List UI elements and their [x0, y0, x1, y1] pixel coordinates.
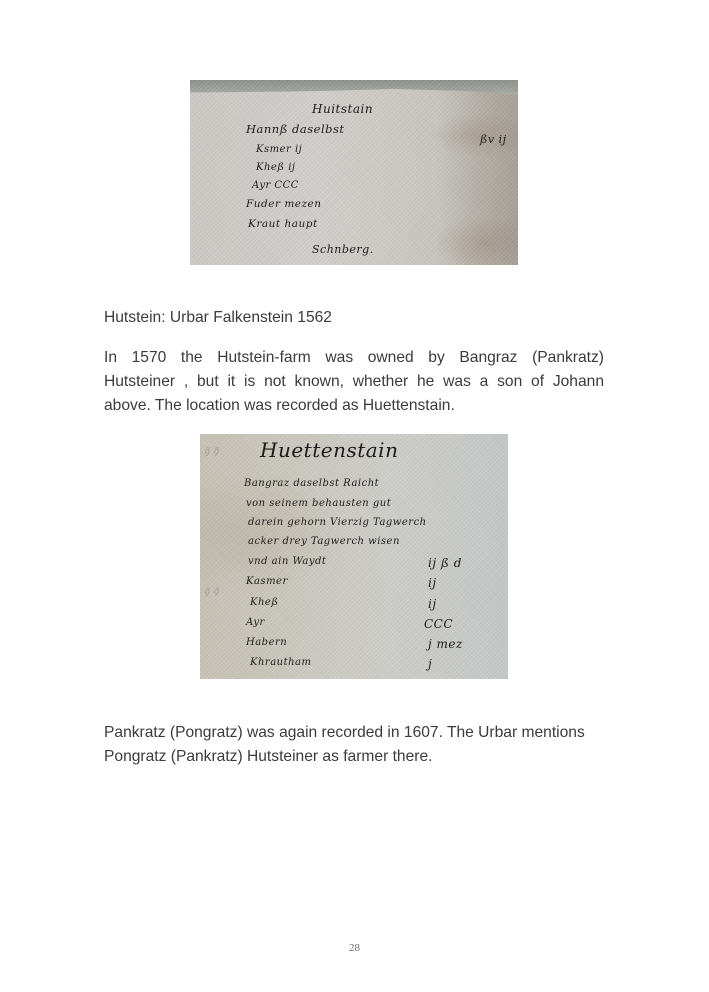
paragraph-line: Hutsteiner , but it is not known, whethe… [104, 370, 604, 394]
paragraph-1: In 1570 the Hutstein-farm was owned by B… [104, 346, 604, 418]
paragraph-line: Pankratz (Pongratz) was again recorded i… [104, 721, 609, 745]
paragraph-2: Pankratz (Pongratz) was again recorded i… [104, 721, 609, 769]
handwritten-line: Ayr CCC [252, 180, 299, 191]
handwritten-line: Kraut haupt [248, 218, 318, 230]
handwritten-line: darein gehorn Vierzig Tagwerch [248, 517, 427, 528]
paragraph-line: above. The location was recorded as Huet… [104, 394, 604, 418]
handwritten-value: j [428, 657, 432, 671]
handwritten-value: ij [428, 576, 437, 590]
handwritten-line: Kasmer [246, 576, 288, 587]
handwritten-value: j mez [428, 637, 463, 651]
handwritten-line: acker drey Tagwerch wisen [248, 536, 400, 547]
manuscript-scan-huettenstain: ꝯ̃ ꝯ̃ ꝯ̃ ꝯ̃ Huettenstain Bangraz daselbs… [200, 434, 508, 679]
handwritten-line: Ksmer ij [256, 144, 302, 155]
handwritten-line: Bangraz daselbst Raicht [244, 478, 379, 489]
paragraph-line: Pongratz (Pankratz) Hutsteiner as farmer… [104, 745, 609, 769]
handwritten-value: ij ß d [428, 556, 462, 570]
figure-caption: Hutstein: Urbar Falkenstein 1562 [104, 306, 604, 330]
handwritten-line: Habern [246, 637, 287, 648]
handwritten-line: Hannß daselbst [246, 122, 345, 136]
handwritten-line: Ayr [246, 617, 265, 628]
manuscript-scan-urbar-falkenstein-1562: Huitstain Hannß daselbst Ksmer ij Kheß i… [190, 80, 518, 265]
handwritten-footer: Schnberg. [312, 243, 374, 256]
handwritten-margin-note: ßv ij [480, 133, 507, 146]
handwritten-heading: Huitstain [312, 102, 373, 116]
paragraph-line: In 1570 the Hutstein-farm was owned by B… [104, 346, 604, 370]
handwritten-line: vnd ain Waydt [248, 556, 326, 567]
handwritten-value: ij [428, 597, 437, 611]
handwritten-line: von seinem behausten gut [246, 498, 391, 509]
handwritten-line: Kheß [250, 597, 279, 608]
handwritten-line: Fuder mezen [246, 198, 322, 210]
handwritten-value: CCC [424, 617, 453, 631]
handwritten-line: Kheß ij [256, 162, 296, 173]
handwritten-line: Khrautham [250, 657, 312, 668]
document-page: Huitstain Hannß daselbst Ksmer ij Kheß i… [0, 0, 709, 992]
handwritten-heading: Huettenstain [260, 438, 398, 462]
page-number: 28 [0, 942, 709, 954]
